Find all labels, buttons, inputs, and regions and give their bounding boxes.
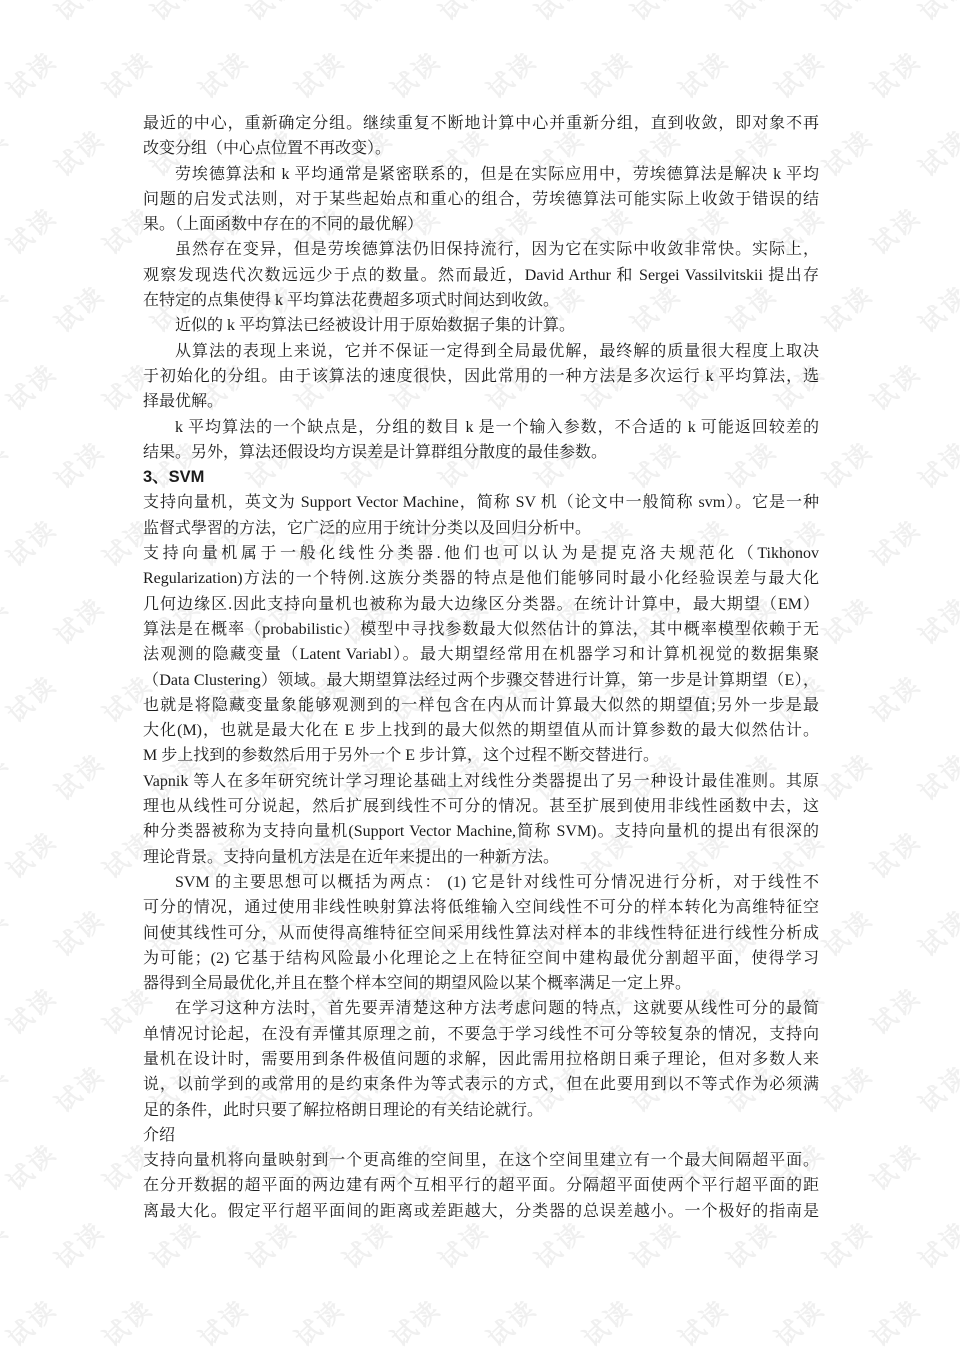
text-line: 也就是将隐藏变量象能够观测到的一样包含在内从而计算最大似然的期望值;另外一步是最 bbox=[143, 693, 819, 718]
watermark-text: 试读 bbox=[0, 588, 16, 652]
text-line: 量机在设计时，需要用到条件极值问题的求解，因此需用拉格朗日乘子理论，但对多数人来 bbox=[143, 1047, 819, 1072]
text-line: 支持向量机属于一般化线性分类器.他们也可以认为是提克洛夫规范化（Tikhonov bbox=[143, 541, 819, 566]
watermark-text: 试读 bbox=[0, 276, 16, 340]
watermark-text: 试读 bbox=[430, 0, 496, 28]
document-page: 试读试读试读试读试读试读试读试读试读试读试读试读试读试读试读试读试读试读试读试读… bbox=[0, 0, 960, 1357]
text-line: 择最优解。 bbox=[143, 389, 819, 414]
watermark-text: 试读 bbox=[814, 900, 880, 964]
watermark-text: 试读 bbox=[910, 744, 960, 808]
watermark-text: 试读 bbox=[94, 42, 160, 106]
paragraph: 虽然存在变异，但是劳埃德算法仍旧保持流行，因为它在实际中收敛非常快。实际上，观察… bbox=[143, 237, 819, 313]
text-line: 可分的情况，通过使用非线性映射算法将低维输入空间线性不可分的样本转化为高维特征空 bbox=[143, 895, 819, 920]
watermark-text: 试读 bbox=[142, 0, 208, 28]
watermark-text: 试读 bbox=[862, 510, 928, 574]
watermark-text: 试读 bbox=[0, 666, 64, 730]
text-line: 虽然存在变异，但是劳埃德算法仍旧保持流行，因为它在实际中收敛非常快。实际上， bbox=[143, 237, 819, 262]
text-line: 从算法的表现上来说，它并不保证一定得到全局最优解，最终解的质量很大程度上取决 bbox=[143, 339, 819, 364]
text-line: 理也从线性可分说起，然后扩展到线性不可分的情况。甚至扩展到使用非线性函数中去，这 bbox=[143, 794, 819, 819]
text-line: 改变分组（中心点位置不再改变）。 bbox=[143, 136, 819, 161]
watermark-text: 试读 bbox=[0, 510, 64, 574]
watermark-text: 试读 bbox=[814, 588, 880, 652]
watermark-text: 试读 bbox=[862, 978, 928, 1042]
watermark-text: 试读 bbox=[910, 900, 960, 964]
text-line: 近似的 k 平均算法已经被设计用于原始数据子集的计算。 bbox=[143, 313, 819, 338]
watermark-text: 试读 bbox=[862, 42, 928, 106]
text-line: 劳埃德算法和 k 平均通常是紧密联系的，但是在实际应用中，劳埃德算法是解决 k … bbox=[143, 162, 819, 187]
watermark-text: 试读 bbox=[46, 588, 112, 652]
paragraph: 支持向量机将向量映射到一个更高维的空间里，在这个空间里建立有一个最大间隔超平面。… bbox=[143, 1148, 819, 1224]
text-line: 种分类器被称为支持向量机(Support Vector Machine,简称 S… bbox=[143, 819, 819, 844]
watermark-text: 试读 bbox=[526, 0, 592, 28]
watermark-text: 试读 bbox=[46, 432, 112, 496]
watermark-text: 试读 bbox=[910, 0, 960, 28]
watermark-text: 试读 bbox=[0, 1056, 16, 1120]
watermark-text: 试读 bbox=[814, 1212, 880, 1276]
text-line: 足的条件，此时只要了解拉格朗日理论的有关结论就行。 bbox=[143, 1098, 819, 1123]
watermark-text: 试读 bbox=[382, 1290, 448, 1354]
watermark-text: 试读 bbox=[670, 42, 736, 106]
text-line: M 步上找到的参数然后用于另外一个 E 步计算，这个过程不断交替进行。 bbox=[143, 743, 819, 768]
watermark-text: 试读 bbox=[910, 1056, 960, 1120]
watermark-text: 试读 bbox=[238, 0, 304, 28]
text-line: （Data Clustering）领域。最大期望算法经过两个步骤交替进行计算，第… bbox=[143, 668, 819, 693]
text-line: 于初始化的分组。由于该算法的速度很快，因此常用的一种方法是多次运行 k 平均算法… bbox=[143, 364, 819, 389]
watermark-text: 试读 bbox=[862, 1134, 928, 1198]
paragraph: 从算法的表现上来说，它并不保证一定得到全局最优解，最终解的质量很大程度上取决于初… bbox=[143, 339, 819, 415]
paragraph: 在学习这种方法时，首先要弄清楚这种方法考虑问题的特点，这就要从线性可分的最简单情… bbox=[143, 996, 819, 1122]
text-line: 在分开数据的超平面的两边建有两个互相平行的超平面。分隔超平面使两个平行超平面的距 bbox=[143, 1173, 819, 1198]
watermark-text: 试读 bbox=[910, 1212, 960, 1276]
text-line: k 平均算法的一个缺点是，分组的数目 k 是一个输入参数，不合适的 k 可能返回… bbox=[143, 415, 819, 440]
watermark-text: 试读 bbox=[862, 822, 928, 886]
section-heading: 3、SVM bbox=[143, 465, 819, 490]
watermark-text: 试读 bbox=[0, 42, 64, 106]
watermark-text: 试读 bbox=[862, 198, 928, 262]
watermark-text: 试读 bbox=[0, 900, 16, 964]
watermark-text: 试读 bbox=[46, 1212, 112, 1276]
watermark-text: 试读 bbox=[0, 432, 16, 496]
watermark-text: 试读 bbox=[46, 120, 112, 184]
watermark-text: 试读 bbox=[0, 1212, 16, 1276]
watermark-text: 试读 bbox=[0, 744, 16, 808]
watermark-text: 试读 bbox=[46, 900, 112, 964]
watermark-text: 试读 bbox=[814, 120, 880, 184]
watermark-text: 试读 bbox=[814, 432, 880, 496]
watermark-text: 试读 bbox=[910, 588, 960, 652]
watermark-text: 试读 bbox=[814, 1056, 880, 1120]
text-line: 监督式學習的方法，它广泛的应用于统计分类以及回归分析中。 bbox=[143, 516, 819, 541]
watermark-text: 试读 bbox=[94, 1290, 160, 1354]
text-line: 支持向量机将向量映射到一个更高维的空间里，在这个空间里建立有一个最大间隔超平面。 bbox=[143, 1148, 819, 1173]
watermark-text: 试读 bbox=[862, 666, 928, 730]
text-line: 说，以前学到的或常用的是约束条件为等式表示的方式，但在此要用到以不等式作为必须满 bbox=[143, 1072, 819, 1097]
watermark-text: 试读 bbox=[46, 276, 112, 340]
watermark-text: 试读 bbox=[478, 42, 544, 106]
watermark-text: 试读 bbox=[0, 822, 64, 886]
watermark-text: 试读 bbox=[46, 0, 112, 28]
text-line: 最近的中心，重新确定分组。继续重复不断地计算中心并重新分组，直到收敛，即对象不再 bbox=[143, 111, 819, 136]
watermark-text: 试读 bbox=[862, 1290, 928, 1354]
watermark-text: 试读 bbox=[910, 432, 960, 496]
watermark-text: 试读 bbox=[574, 1290, 640, 1354]
watermark-text: 试读 bbox=[910, 120, 960, 184]
watermark-text: 试读 bbox=[766, 42, 832, 106]
text-line: 为可能；(2) 它基于结构风险最小化理论之上在特征空间中建构最优分割超平面，使得… bbox=[143, 946, 819, 971]
watermark-text: 试读 bbox=[286, 42, 352, 106]
text-line: 单情况讨论起，在没有弄懂其原理之前，不要急于学习线性不可分等较复杂的情况，支持向 bbox=[143, 1022, 819, 1047]
watermark-text: 试读 bbox=[814, 276, 880, 340]
watermark-text: 试读 bbox=[814, 744, 880, 808]
watermark-text: 试读 bbox=[190, 42, 256, 106]
watermark-text: 试读 bbox=[0, 978, 64, 1042]
watermark-text: 试读 bbox=[46, 1056, 112, 1120]
text-line: 大化(M)，也就是最大化在 E 步上找到的最大似然的期望值从而计算参数的最大似然… bbox=[143, 718, 819, 743]
watermark-text: 试读 bbox=[478, 1290, 544, 1354]
text-line: 在学习这种方法时，首先要弄清楚这种方法考虑问题的特点，这就要从线性可分的最简 bbox=[143, 996, 819, 1021]
text-line: 结果。另外，算法还假设均方误差是计算群组分散度的最佳参数。 bbox=[143, 440, 819, 465]
paragraph: 近似的 k 平均算法已经被设计用于原始数据子集的计算。 bbox=[143, 313, 819, 338]
paragraph: k 平均算法的一个缺点是，分组的数目 k 是一个输入参数，不合适的 k 可能返回… bbox=[143, 415, 819, 466]
text-line: 支持向量机，英文为 Support Vector Machine，简称 SV 机… bbox=[143, 490, 819, 515]
text-column: 最近的中心，重新确定分组。继续重复不断地计算中心并重新分组，直到收敛，即对象不再… bbox=[143, 111, 819, 1224]
watermark-text: 试读 bbox=[718, 0, 784, 28]
watermark-text: 试读 bbox=[622, 0, 688, 28]
watermark-text: 试读 bbox=[334, 0, 400, 28]
text-line: 3、SVM bbox=[143, 465, 819, 490]
watermark-text: 试读 bbox=[0, 198, 64, 262]
watermark-text: 试读 bbox=[0, 1134, 64, 1198]
text-line: 观察发现迭代次数远远少于点的数量。然而最近，David Arthur 和 Ser… bbox=[143, 263, 819, 288]
text-line: 问题的启发式法则，对于某些起始点和重心的组合，劳埃德算法可能实际上收敛于错误的结 bbox=[143, 187, 819, 212]
watermark-text: 试读 bbox=[46, 744, 112, 808]
text-line: 介绍 bbox=[143, 1123, 819, 1148]
text-line: 算法是在概率（probabilistic）模型中寻找参数最大似然估计的算法，其中… bbox=[143, 617, 819, 642]
watermark-text: 试读 bbox=[670, 1290, 736, 1354]
watermark-text: 试读 bbox=[382, 42, 448, 106]
text-line: 几何边缘区.因此支持向量机也被称为最大边缘区分类器。在统计计算中，最大期望（EM… bbox=[143, 592, 819, 617]
watermark-text: 试读 bbox=[910, 276, 960, 340]
text-line: SVM 的主要思想可以概括为两点： (1) 它是针对线性可分情况进行分析，对于线… bbox=[143, 870, 819, 895]
paragraph: 最近的中心，重新确定分组。继续重复不断地计算中心并重新分组，直到收敛，即对象不再… bbox=[143, 111, 819, 162]
text-line: Regularization)方法的一个特例.这族分类器的特点是他们能够同时最小… bbox=[143, 566, 819, 591]
watermark-text: 试读 bbox=[286, 1290, 352, 1354]
paragraph: SVM 的主要思想可以概括为两点： (1) 它是针对线性可分情况进行分析，对于线… bbox=[143, 870, 819, 996]
text-line: 理论背景。支持向量机方法是在近年来提出的一种新方法。 bbox=[143, 845, 819, 870]
watermark-text: 试读 bbox=[0, 0, 16, 28]
paragraph: Vapnik 等人在多年研究统计学习理论基础上对线性分类器提出了另一种设计最佳准… bbox=[143, 769, 819, 870]
paragraph: 支持向量机，英文为 Support Vector Machine，简称 SV 机… bbox=[143, 490, 819, 541]
watermark-text: 试读 bbox=[0, 354, 64, 418]
text-line: 在特定的点集使得 k 平均算法花费超多项式时间达到收敛。 bbox=[143, 288, 819, 313]
paragraph: 支持向量机属于一般化线性分类器.他们也可以认为是提克洛夫规范化（Tikhonov… bbox=[143, 541, 819, 769]
watermark-text: 试读 bbox=[766, 1290, 832, 1354]
watermark-text: 试读 bbox=[190, 1290, 256, 1354]
watermark-text: 试读 bbox=[814, 0, 880, 28]
paragraph: 介绍 bbox=[143, 1123, 819, 1148]
text-line: 法观测的隐藏变量（Latent Variabl）。最大期望经常用在机器学习和计算… bbox=[143, 642, 819, 667]
text-line: 器得到全局最优化,并且在整个样本空间的期望风险以某个概率满足一定上界。 bbox=[143, 971, 819, 996]
watermark-text: 试读 bbox=[0, 1290, 64, 1354]
text-line: Vapnik 等人在多年研究统计学习理论基础上对线性分类器提出了另一种设计最佳准… bbox=[143, 769, 819, 794]
text-line: 果。（上面函数中存在的不同的最优解） bbox=[143, 212, 819, 237]
paragraph: 劳埃德算法和 k 平均通常是紧密联系的，但是在实际应用中，劳埃德算法是解决 k … bbox=[143, 162, 819, 238]
watermark-text: 试读 bbox=[862, 354, 928, 418]
text-line: 间使其线性可分，从而使得高维特征空间采用线性算法对样本的非线性特征进行线性分析成 bbox=[143, 921, 819, 946]
watermark-text: 试读 bbox=[574, 42, 640, 106]
watermark-text: 试读 bbox=[0, 120, 16, 184]
text-line: 离最大化。假定平行超平面间的距离或差距越大，分类器的总误差越小。一个极好的指南是 bbox=[143, 1199, 819, 1224]
